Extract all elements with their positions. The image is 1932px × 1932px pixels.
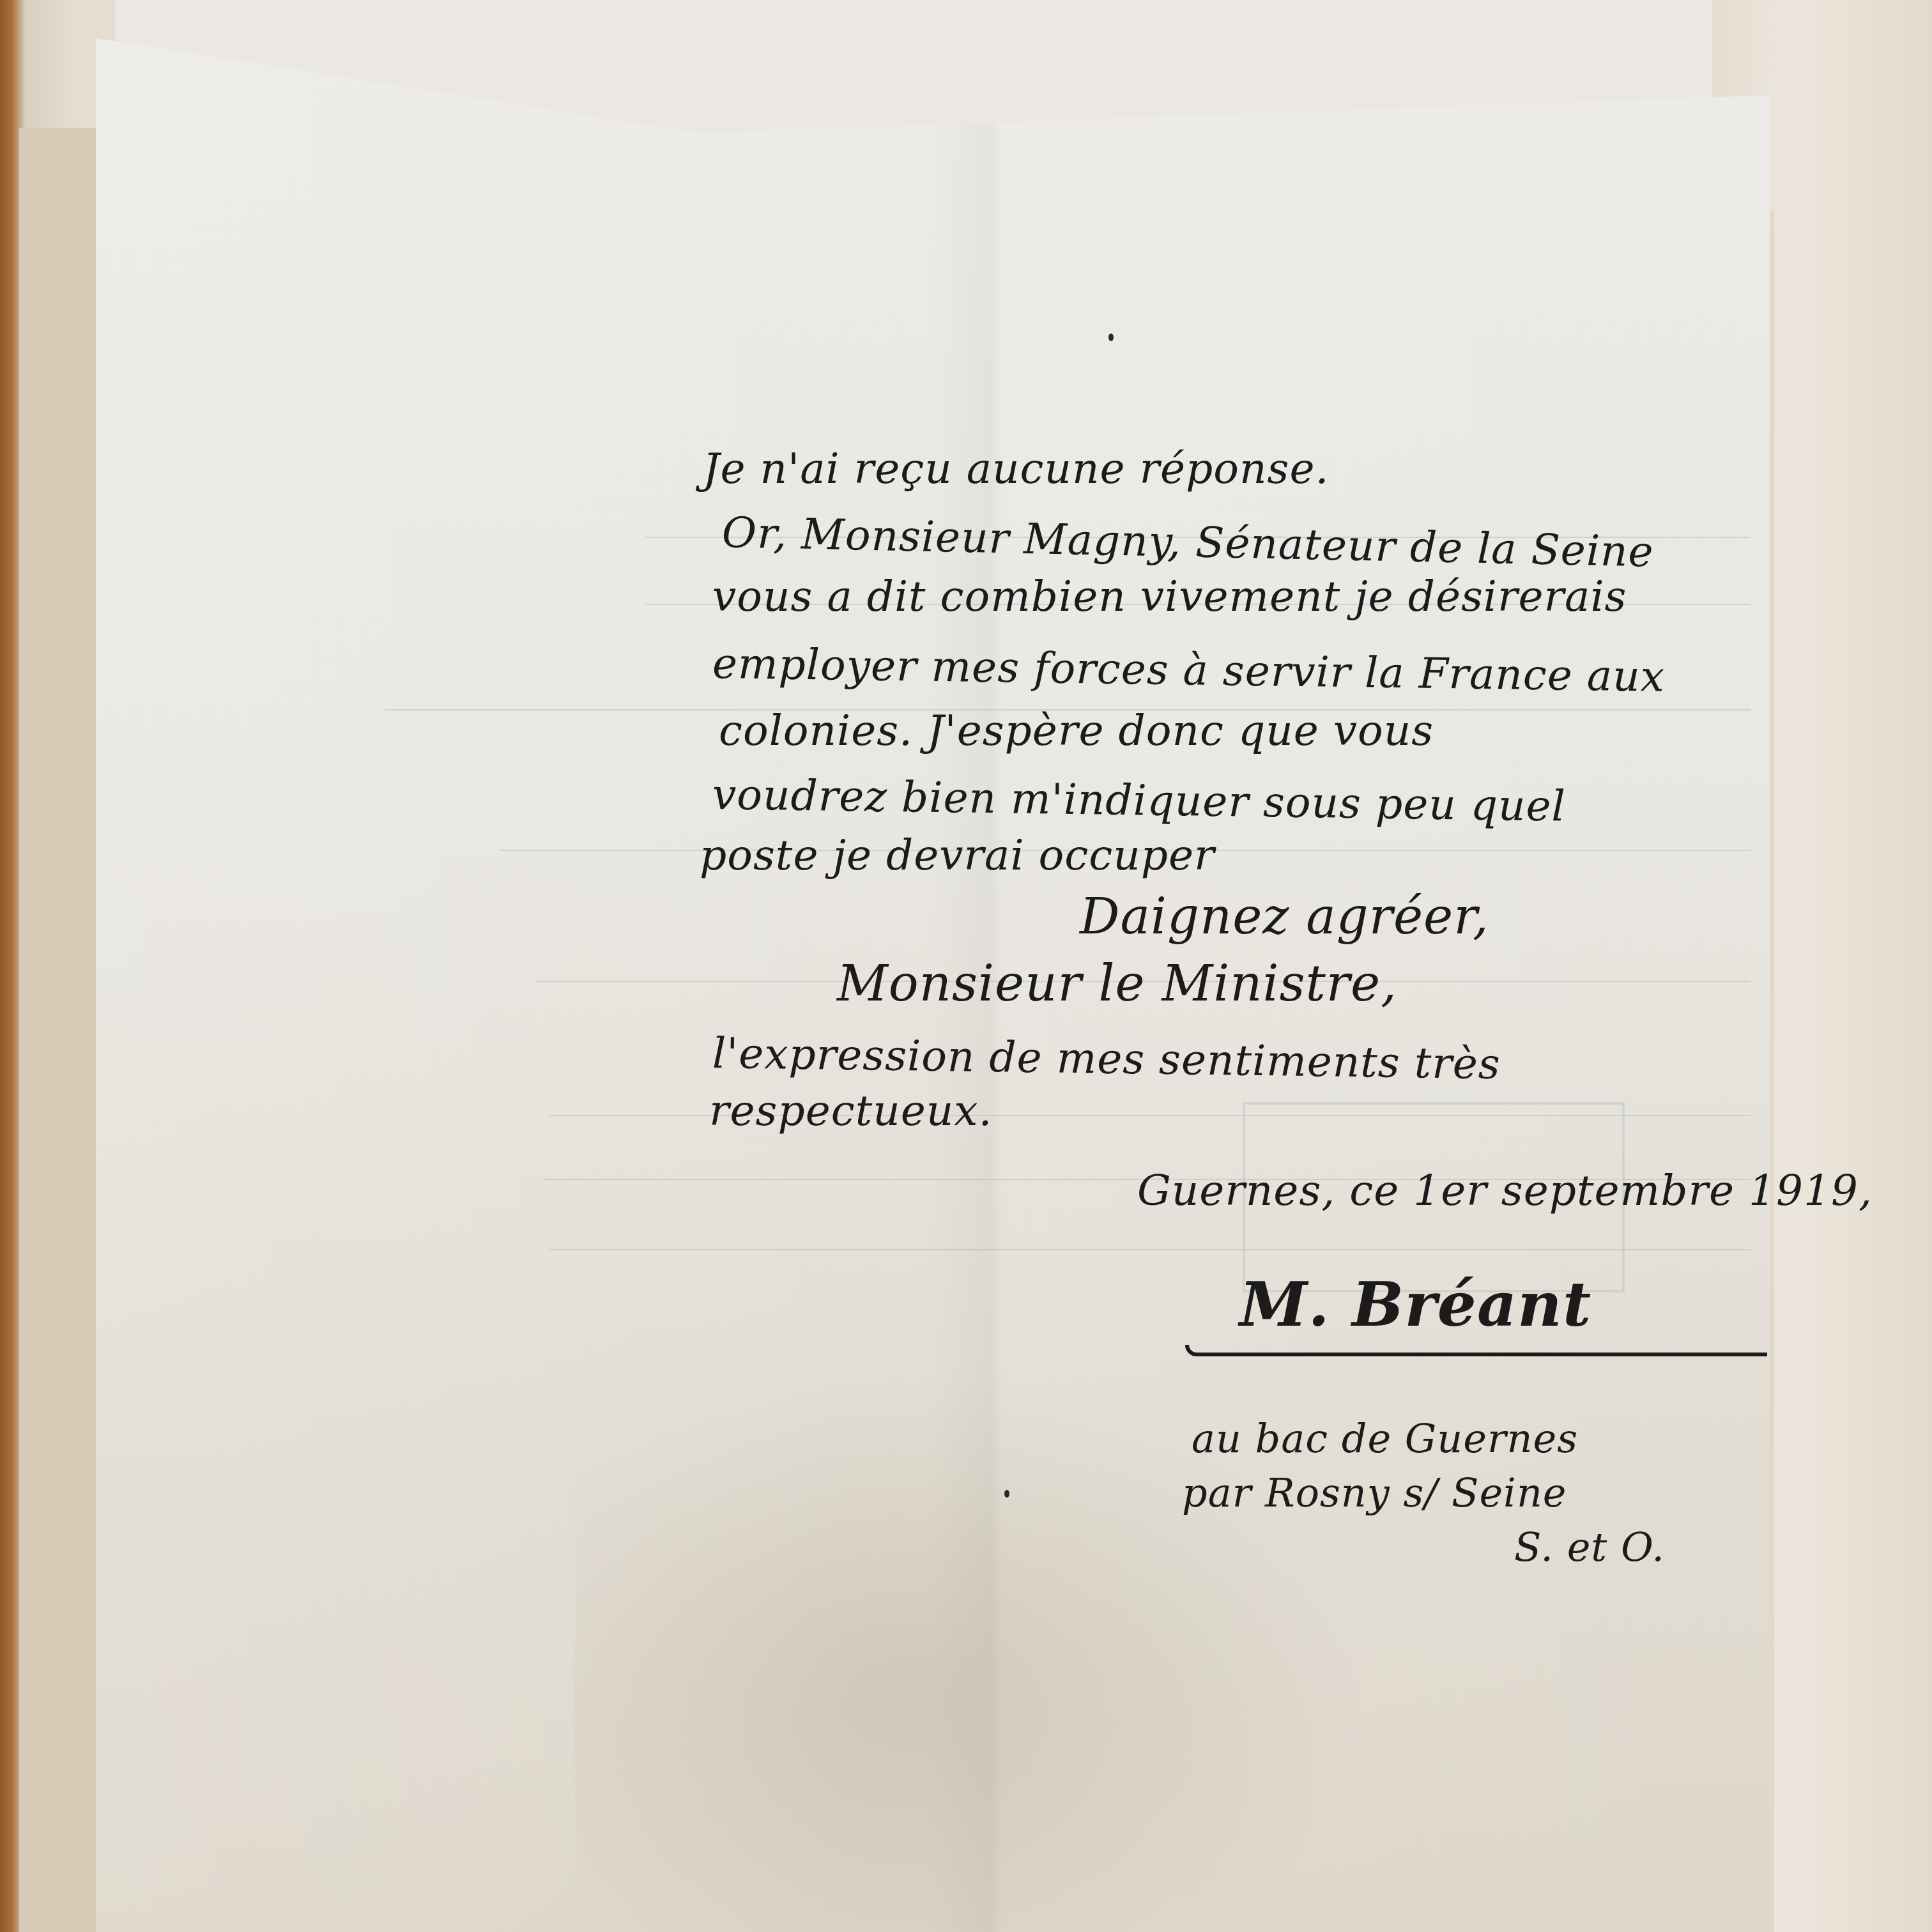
address-line-3: S. et O.	[1514, 1524, 1665, 1570]
ink-dot	[1004, 1490, 1009, 1498]
closing-line-1: Daignez agréer,	[1080, 888, 1489, 946]
closing-line-4: respectueux.	[709, 1086, 993, 1135]
signature-flourish	[1185, 1345, 1767, 1356]
closing-line-2: Monsieur le Ministre,	[837, 955, 1397, 1013]
address-line-2: par Rosny s/ Seine	[1182, 1469, 1567, 1516]
address-line-1: au bac de Guernes	[1192, 1415, 1578, 1462]
body-line-1: Je n'ai reçu aucune réponse.	[703, 444, 1330, 493]
body-line-3: vous a dit combien vivement je désirerai…	[712, 572, 1627, 621]
dateline: Guernes, ce 1er septembre 1919,	[1137, 1166, 1873, 1215]
ink-dot	[1108, 333, 1114, 341]
photo-scene: Je n'ai reçu aucune réponse. Or, Monsieu…	[0, 0, 1932, 1932]
body-line-7: poste je devrai occuper	[700, 831, 1215, 880]
body-line-5: colonies. J'espère donc que vous	[719, 706, 1434, 755]
signature: M. Bréant	[1239, 1268, 1591, 1340]
